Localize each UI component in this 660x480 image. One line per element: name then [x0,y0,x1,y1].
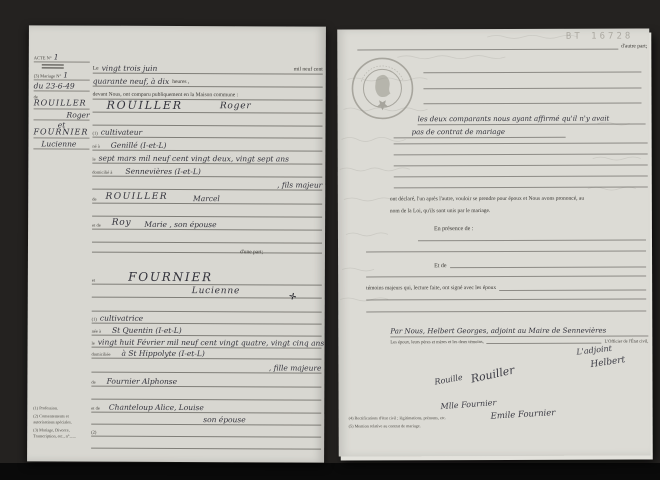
register-right-page: BT 16728 d'autre part; les deux comparan… [337,28,650,456]
form-line-bride-mother: et de Chanteloup Alice, Louise [91,401,321,414]
printed-label: domiciliée [92,352,111,358]
groom-firstname-margin: Roger [67,111,90,120]
left-footnotes: (1) Profession. (2) Consentements et aut… [33,405,89,442]
ruled-line [91,437,321,450]
ruled-fill [394,163,648,166]
marriage-date: du 23-6-49 [34,82,75,91]
groom-surname-margin: ROUILLER [34,99,87,108]
bride-birthplace: St Quentin (I-et-L) [112,326,182,335]
mariage-number: 1 [63,71,68,80]
printed-label: et [92,278,95,284]
ruled-fill [423,70,641,73]
footnote-3: (3) Mariage, Divorce, Transcription, etc… [33,428,89,439]
scan-backdrop-bottom [0,463,660,480]
footnote-5: (5) Mention relative au contrat de maria… [349,424,449,430]
handwritten-no-contract-2: pas de contrat de mariage [394,124,566,139]
bride-profession: cultivatrice [100,314,143,323]
form-line-bride-birthplace: née à St Quentin (I-et-L) [92,324,322,337]
bride-firstname: Lucienne [192,287,240,297]
ruled-line [423,86,641,91]
temoins-label: témoins majeurs qui, lecture faite, ont … [366,286,496,293]
form-line-bride-residence: domiciliée à St Hippolyte (I-et-L) [91,347,321,360]
ruled-fill [424,101,642,104]
dune-part: d'une part; [240,250,263,257]
archive-code: BT 16728 [566,32,633,42]
groom-residence: Sennevières (I-et-L) [125,167,200,176]
ruled-fill [450,265,647,268]
form-line-groom-residence: domicilié à Sennevières (I-et-L) [92,165,322,178]
printed-label: (2) [91,430,96,436]
groom-mother-surname: Roy [112,219,132,229]
ruled-line [91,388,321,401]
ruled-fill [366,297,646,300]
ruled-fill [357,47,618,50]
printed-label: le [92,157,95,163]
scanned-register-spread: ACTE N° 1 (3) Mariage N° 1 du 23-6-49 de… [0,0,660,480]
form-line-fille-majeure: , fille majeure [91,361,321,374]
form-line-son-epouse: son épouse [91,413,321,426]
printed-heures: heures , [172,79,189,86]
et-de-label: Et de [434,263,447,270]
groom-father-surname: ROUILLER [105,193,168,203]
mariage-label: (3) Mariage N° [34,74,62,80]
groom-profession: cultivateur [101,128,142,137]
bride-firstname-margin: Lucienne [41,140,76,149]
form-line-fils-majeur: , fils majeur [92,178,322,191]
printed-label: né à [92,144,99,150]
groom-father-firstname: Marcel [193,195,220,204]
footnote-2: (2) Consentements et autorisations spéci… [33,414,89,425]
declaration-text-2: nom de la Loi, qu'ils sont unis par le m… [390,209,490,216]
ruled-fill [366,249,646,252]
groom-firstname: Roger [220,102,252,112]
handwritten-par-nous-row: Par Nous, Helbert Georges, adjoint au Ma… [390,322,648,337]
acte-number: 1 [54,53,59,62]
printed-label: domicilié à [92,170,112,176]
bride-father: Fournier Alphonse [107,377,177,386]
et-de-row: Et de [434,262,646,270]
form-line-time: quarante neuf, à dix heures , [93,75,323,88]
printed-label: née à [92,329,101,335]
register-left-page: ACTE N° 1 (3) Mariage N° 1 du 23-6-49 de… [27,25,326,462]
ruled-fill [394,185,648,188]
groom-birthdate: sept mars mil neuf cent vingt deux, ving… [99,154,289,163]
form-line-bride-father: de Fournier Alphonse [91,375,321,388]
bride-mother: Chanteloup Alice, Louise [109,403,204,412]
no-contract-text-2: pas de contrat de mariage [412,129,505,137]
bride-surname-margin: FOURNIER [33,128,88,137]
groom-mother-firstname: Marie , son épouse [144,220,216,229]
form-line-groom-profession: (1) cultivateur [92,126,322,139]
footnote-4: (4) Rectifications d'état civil ; légiti… [349,415,449,421]
ruled-fill [366,309,646,312]
bride-surname-row: FOURNIER [33,125,89,138]
les-epoux-label: Les époux, leurs pères et mères et les d… [390,340,483,346]
printed-tail: mil neuf cent [294,67,323,74]
ruled-line [423,70,641,75]
right-footnotes: (4) Rectifications d'état civil ; légiti… [349,415,449,432]
bride-firstname-row: Lucienne [33,138,89,149]
printed-label: de [92,197,96,203]
form-line-note2: (2) [91,425,321,438]
printed-label: (1) [92,131,97,137]
form-line-groom-birthplace: né à Genillé (I-et-L) [92,139,322,152]
handwritten-time: quarante neuf, à dix [93,77,170,86]
declaration-text-1: ont déclaré, l'un après l'autre, vouloir… [390,197,584,204]
bride-surname: FOURNIER [128,271,213,284]
form-line-bride-name: et FOURNIER [92,269,322,286]
par-nous-text: Par Nous, Helbert Georges, adjoint au Ma… [390,328,606,337]
margin-double-rule [42,64,64,68]
fils-majeur: , fils majeur [277,181,322,190]
ruled-line [424,101,642,106]
form-line-bride-profession: (1) cultivatrice [92,312,322,325]
declaration-line-1: ont déclaré, l'un après l'autre, vouloir… [390,196,648,203]
ruled-line [418,238,646,243]
mariage-number-row: (3) Mariage N° 1 [34,69,90,80]
form-line-dautre-part: d'autre part; [357,44,647,52]
ruled-fill [394,174,648,177]
fille-majeure: , fille majeure [269,364,322,373]
en-presence-row: En présence de : [434,226,474,233]
form-line-dune-part: d'une part; [92,247,322,257]
official-seal-stamp [349,55,415,121]
ruled-fill [394,152,648,155]
ruled-fill [366,274,646,277]
printed-label: et de [92,223,101,229]
form-line-groom-father: de ROUILLER Marcel [92,190,322,205]
bride-residence: à St Hippolyte (I-et-L) [122,349,205,358]
groom-surname: ROUILLER [107,100,183,112]
declaration-line-2: nom de la Loi, qu'ils sont unis par le m… [390,208,648,215]
printed-label: Le [93,66,99,73]
form-line-groom-name: ROUILLER Roger [93,99,323,114]
ruled-fill [423,86,641,89]
groom-surname-row: ROUILLER [34,96,90,109]
ruled-fill [418,238,646,241]
dautre-part: d'autre part; [621,44,647,51]
form-line-groom-mother: et de Roy Marie , son épouse [92,216,322,231]
form-line-date: Le vingt trois juin mil neuf cent [93,62,323,75]
ruled-fill [394,141,648,144]
printed-label: et de [91,406,100,412]
groom-birthplace: Genillé (I-et-L) [111,141,167,150]
ruled-line [93,114,323,127]
handwritten-date: vingt trois juin [102,64,158,73]
form-line-bride-firstname: Lucienne [92,285,322,299]
footnote-1: (1) Profession. [33,405,89,411]
ruled-fill [499,288,646,291]
form-line-groom-birthdate: le sept mars mil neuf cent vingt deux, v… [92,152,322,165]
printed-label: (1) [92,317,97,323]
acte-number-row: ACTE N° 1 [34,51,90,62]
temoins-row: témoins majeurs qui, lecture faite, ont … [366,285,646,292]
en-presence-label: En présence de : [434,226,474,233]
son-epouse: son épouse [203,416,245,425]
printed-label: de [91,380,95,386]
acte-label: ACTE N° [34,56,52,62]
ruled-fill [487,341,602,343]
